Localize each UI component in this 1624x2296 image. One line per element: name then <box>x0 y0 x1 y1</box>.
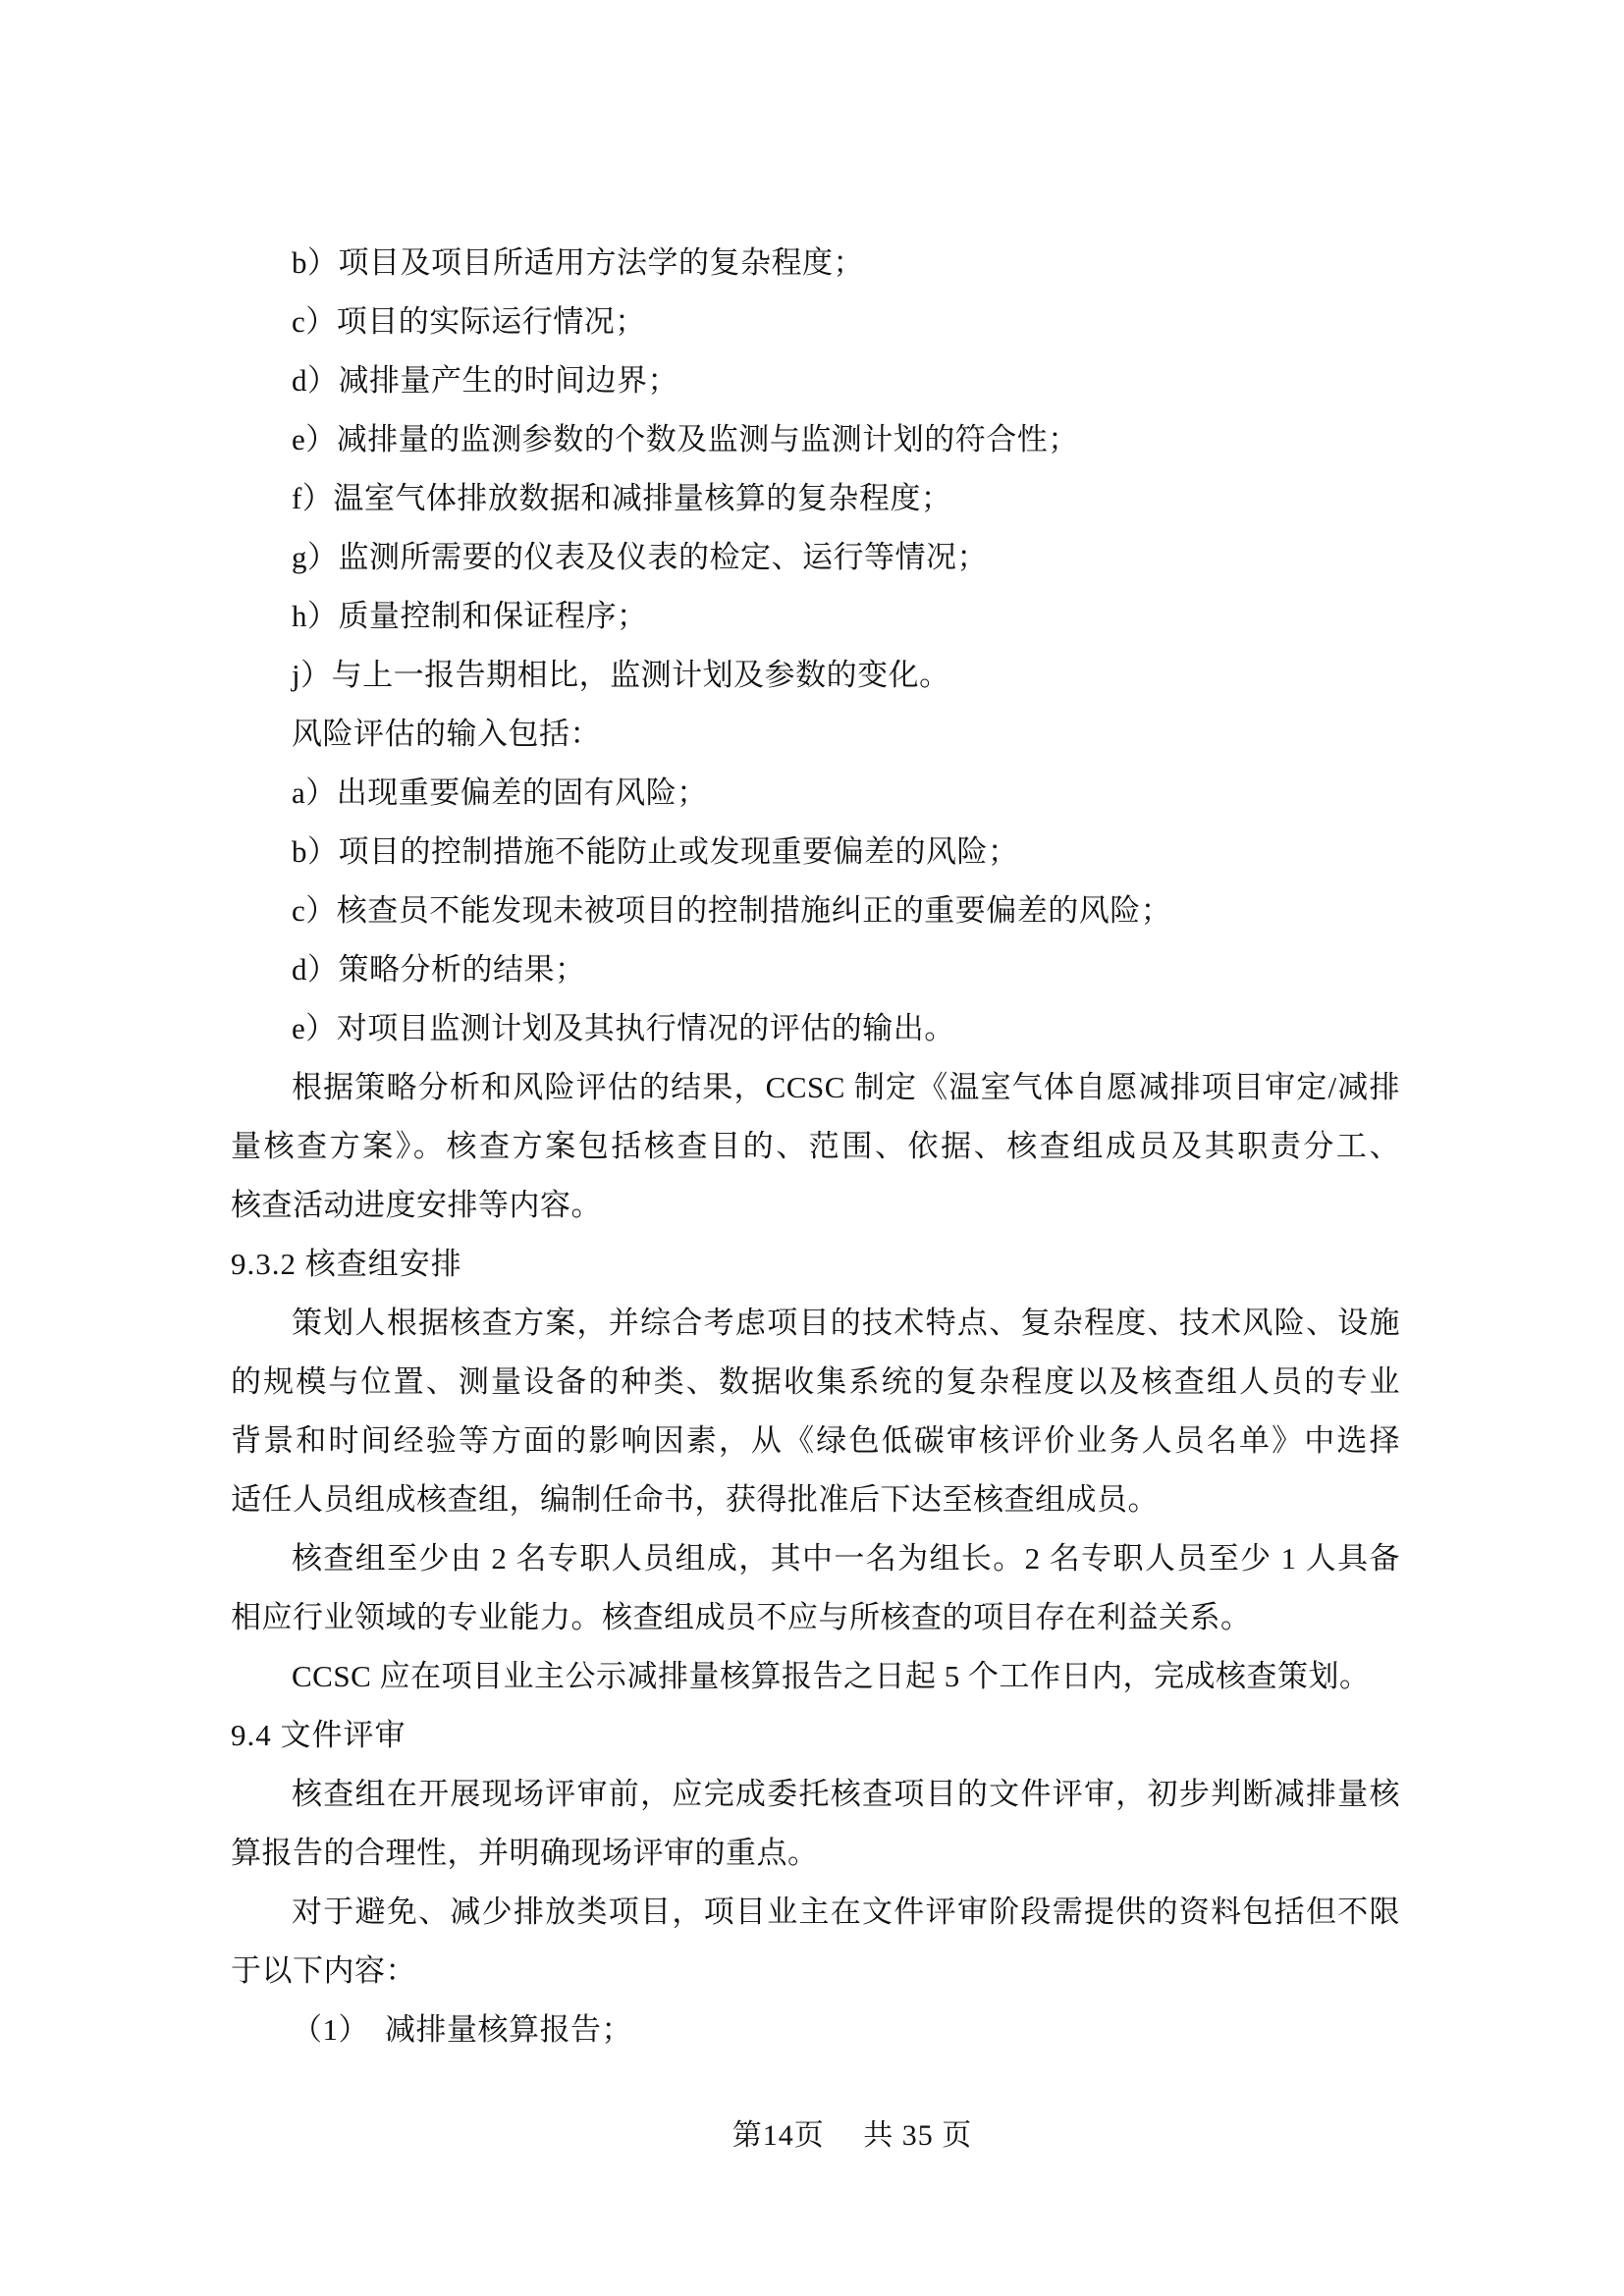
document-body: b）项目及项目所适用方法学的复杂程度； c）项目的实际运行情况； d）减排量产生… <box>231 234 1400 2059</box>
list-item-c2: c）核查员不能发现未被项目的控制措施纠正的重要偏差的风险； <box>231 881 1400 940</box>
paragraph-line: 对于避免、减少排放类项目，项目业主在文件评审阶段需提供的资料包括但不限 <box>231 1883 1400 1942</box>
paragraph-line: 的规模与位置、测量设备的种类、数据收集系统的复杂程度以及核查组人员的专业 <box>231 1353 1400 1412</box>
paragraph-line: 背景和时间经验等方面的影响因素，从《绿色低碳审核评价业务人员名单》中选择 <box>231 1412 1400 1470</box>
paragraph-line: CCSC 应在项目业主公示减排量核算报告之日起 5 个工作日内，完成核查策划。 <box>231 1647 1400 1706</box>
paragraph-line: 核查活动进度安排等内容。 <box>231 1176 1400 1235</box>
paragraph-line: 核查组在开展现场评审前，应完成委托核查项目的文件评审，初步判断减排量核 <box>231 1765 1400 1824</box>
list-item-e2: e）对项目监测计划及其执行情况的评估的输出。 <box>231 999 1400 1058</box>
paragraph-line: 于以下内容： <box>231 1942 1400 2001</box>
paragraph-line: 相应行业领域的专业能力。核查组成员不应与所核查的项目存在利益关系。 <box>231 1588 1400 1647</box>
paragraph-line: 策划人根据核查方案，并综合考虑项目的技术特点、复杂程度、技术风险、设施 <box>231 1294 1400 1353</box>
list-item-d2: d）策略分析的结果； <box>231 940 1400 999</box>
list-item-j: j）与上一报告期相比，监测计划及参数的变化。 <box>231 646 1400 705</box>
list-item-1: （1） 减排量核算报告； <box>231 2001 1400 2059</box>
paragraph-line: 根据策略分析和风险评估的结果，CCSC 制定《温室气体自愿减排项目审定/减排 <box>231 1058 1400 1117</box>
list-item-c1: c）项目的实际运行情况； <box>231 293 1400 351</box>
list-item-b2: b）项目的控制措施不能防止或发现重要偏差的风险； <box>231 823 1400 881</box>
list-item-b1: b）项目及项目所适用方法学的复杂程度； <box>231 234 1400 293</box>
document-page: b）项目及项目所适用方法学的复杂程度； c）项目的实际运行情况； d）减排量产生… <box>0 0 1624 2296</box>
list-item-h: h）质量控制和保证程序； <box>231 587 1400 646</box>
paragraph-line: 量核查方案》。核查方案包括核查目的、范围、依据、核查组成员及其职责分工、 <box>231 1117 1400 1176</box>
section-heading-9-4: 9.4 文件评审 <box>231 1706 1400 1765</box>
page-footer: 第14页 共 35 页 <box>0 2107 1624 2165</box>
paragraph-line: 核查组至少由 2 名专职人员组成，其中一名为组长。2 名专职人员至少 1 人具备 <box>231 1529 1400 1588</box>
list-item-d1: d）减排量产生的时间边界； <box>231 351 1400 410</box>
risk-input-intro: 风险评估的输入包括： <box>231 705 1400 764</box>
paragraph-line: 适任人员组成核查组，编制任命书，获得批准后下达至核查组成员。 <box>231 1470 1400 1529</box>
paragraph-line: 算报告的合理性，并明确现场评审的重点。 <box>231 1824 1400 1883</box>
list-item-g: g）监测所需要的仪表及仪表的检定、运行等情况； <box>231 528 1400 587</box>
list-item-f: f）温室气体排放数据和减排量核算的复杂程度； <box>231 469 1400 528</box>
list-item-e1: e）减排量的监测参数的个数及监测与监测计划的符合性； <box>231 410 1400 469</box>
list-item-a2: a）出现重要偏差的固有风险； <box>231 764 1400 823</box>
section-heading-9-3-2: 9.3.2 核查组安排 <box>231 1235 1400 1294</box>
